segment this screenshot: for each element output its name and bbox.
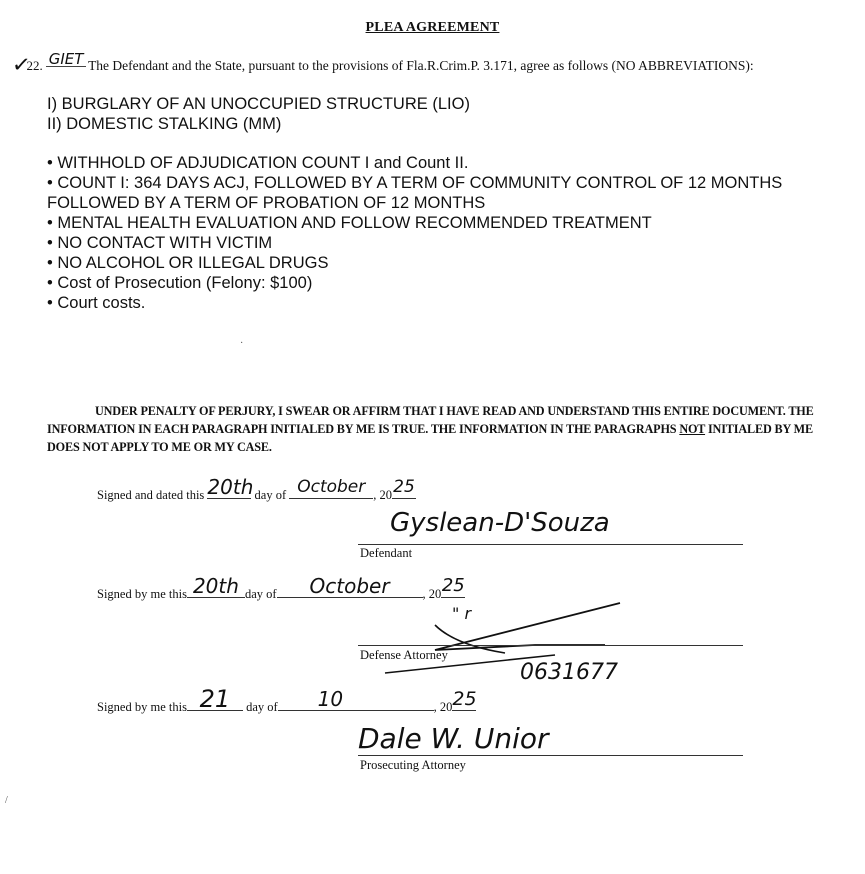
document-title: PLEA AGREEMENT — [0, 20, 865, 36]
defendant-caption: Defendant — [360, 546, 412, 561]
prosecution-month-field[interactable]: 10 — [278, 710, 434, 711]
defendant-year-field[interactable]: 25 — [392, 498, 416, 499]
prosecutor-caption: Prosecuting Attorney — [360, 758, 466, 773]
charge-item: II) DOMESTIC STALKING (MM) — [47, 114, 470, 134]
stray-mark: / — [5, 795, 8, 806]
term-item: • WITHHOLD OF ADJUDICATION COUNT I and C… — [47, 153, 807, 173]
perjury-statement: UNDER PENALTY OF PERJURY, I SWEAR OR AFF… — [47, 402, 837, 456]
clause-22: ✓22. GIETThe Defendant and the State, pu… — [12, 58, 754, 74]
defense-caption: Defense Attorney — [360, 648, 448, 663]
clause-text: The Defendant and the State, pursuant to… — [88, 58, 754, 73]
term-item: • NO ALCOHOL OR ILLEGAL DRUGS — [47, 253, 807, 273]
clause-initials[interactable]: GIET — [46, 52, 86, 67]
defendant-month-field[interactable]: October — [289, 498, 373, 499]
charge-item: I) BURGLARY OF AN UNOCCUPIED STRUCTURE (… — [47, 94, 470, 114]
defendant-signature[interactable]: Gyslean-D'Souza — [390, 508, 610, 538]
term-item: • Court costs. — [47, 293, 807, 313]
prosecution-year-field[interactable]: 25 — [452, 710, 476, 711]
term-item: • Cost of Prosecution (Felony: $100) — [47, 273, 807, 293]
defendant-date-line: Signed and dated this 20th day of Octobe… — [97, 488, 416, 503]
prosecutor-signature-line — [358, 755, 743, 756]
checkmark-icon: ✓ — [12, 60, 31, 72]
charges-list: I) BURGLARY OF AN UNOCCUPIED STRUCTURE (… — [47, 94, 470, 134]
defense-day-field[interactable]: 20th — [187, 597, 245, 598]
term-item: • NO CONTACT WITH VICTIM — [47, 233, 807, 253]
term-item: • COUNT I: 364 DAYS ACJ, FOLLOWED BY A T… — [47, 173, 807, 213]
emphasis-not: NOT — [679, 422, 705, 436]
terms-list: • WITHHOLD OF ADJUDICATION COUNT I and C… — [47, 153, 807, 313]
prosecutor-signature[interactable]: Dale W. Unior — [358, 722, 549, 755]
defendant-signature-line — [358, 544, 743, 545]
prosecutor-bar-number: 0631677 — [520, 660, 618, 685]
prosecution-day-field[interactable]: 21 — [187, 710, 243, 711]
term-item: • MENTAL HEALTH EVALUATION AND FOLLOW RE… — [47, 213, 807, 233]
prosecution-date-line: Signed by me this21 day of10, 2025 — [97, 700, 476, 715]
defendant-day-field[interactable]: 20th — [207, 498, 251, 499]
stray-mark: · — [240, 338, 243, 349]
defense-signature-line — [358, 645, 743, 646]
